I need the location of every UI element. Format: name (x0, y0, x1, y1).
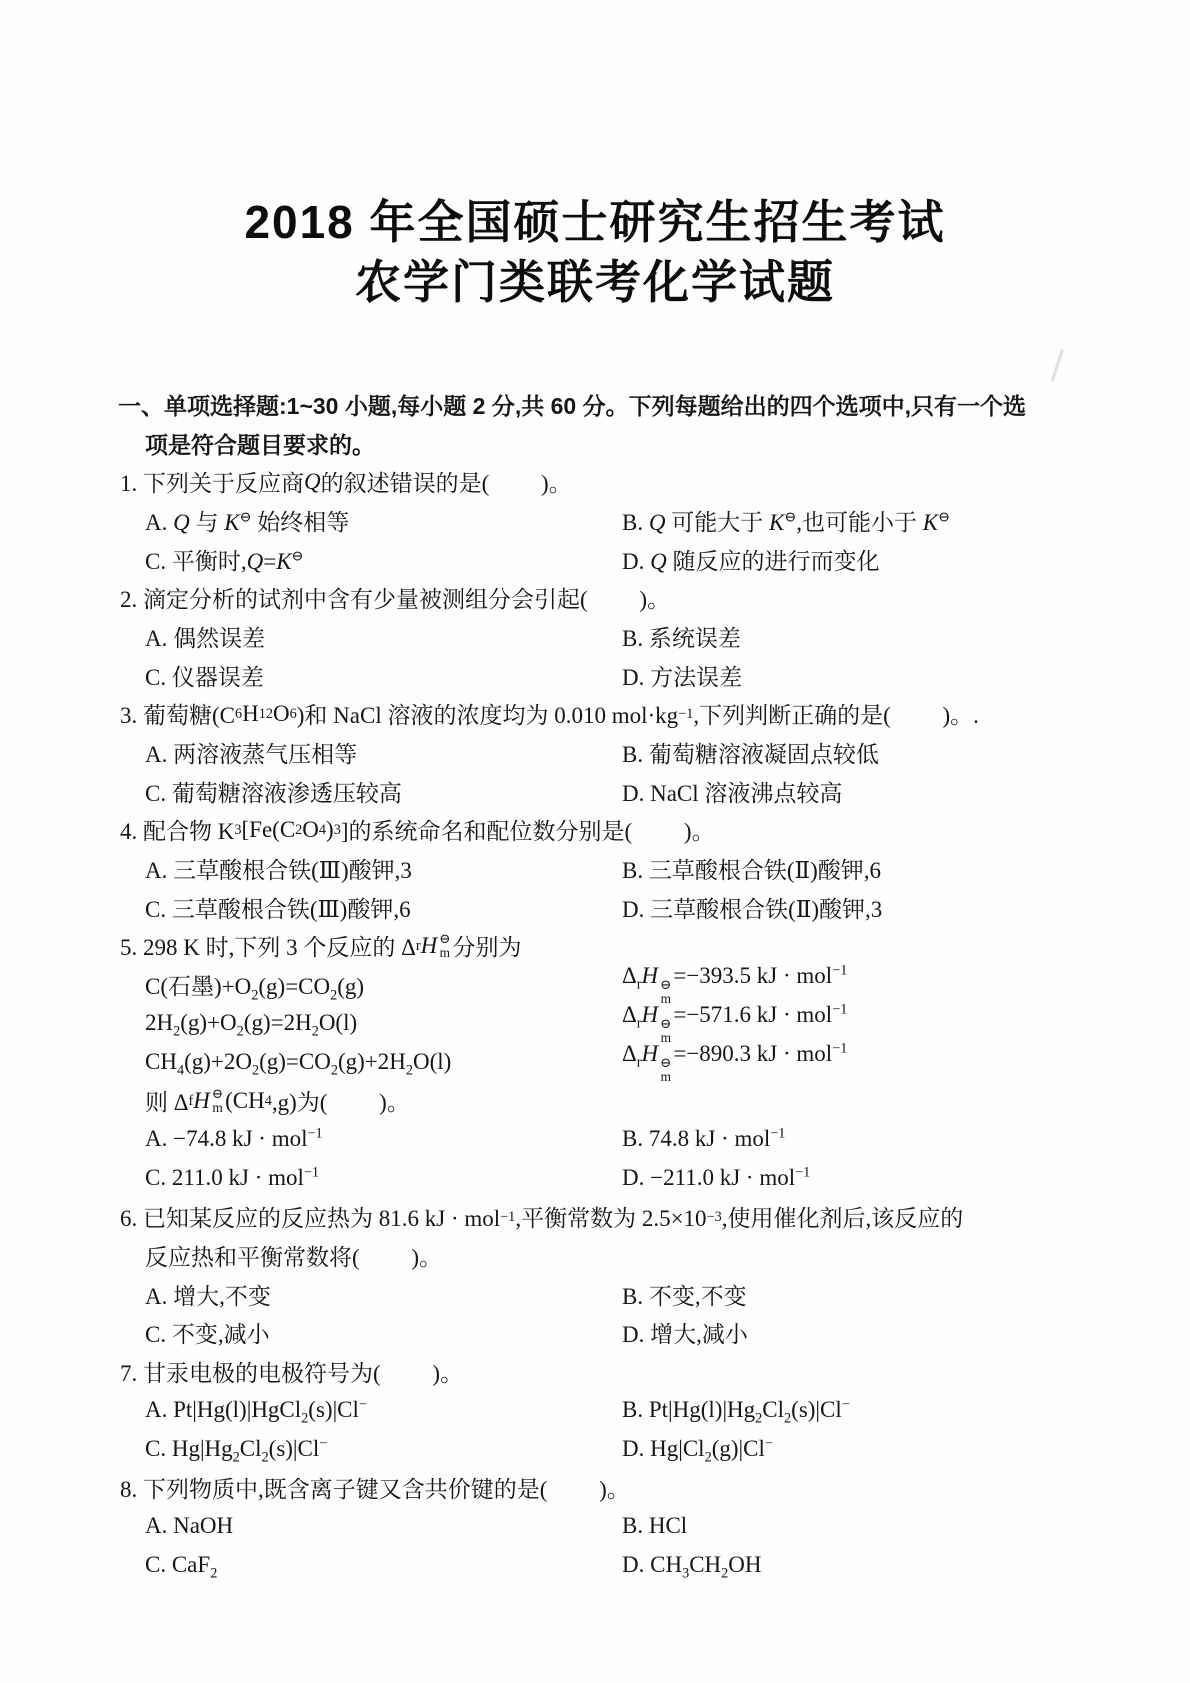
question-7-option-a: A. Pt|Hg(l)|HgCl2(s)|Cl− (145, 1397, 622, 1423)
question-3-option-c: C. 葡萄糖溶液渗透压较高 (145, 775, 622, 808)
question-5-equation-3-enthalpy: ΔrH⊖m=−890.3 kJ · mol−1 (622, 1041, 1190, 1084)
page-title-line2: 农学门类联考化学试题 (0, 252, 1190, 312)
question-5-option-d: D. −211.0 kJ · mol−1 (622, 1165, 1190, 1191)
question-7-option-d: D. Hg|Cl2(g)|Cl− (622, 1436, 1190, 1462)
question-8-stem: 8. 下列物质中,既含离子键又含共价键的是( )。 (0, 1468, 1190, 1507)
question-2-option-b: B. 系统误差 (622, 620, 1190, 653)
question-list: 一、单项选择题:1~30 小题,每小题 2 分,共 60 分。下列每题给出的四个… (0, 385, 1190, 1584)
question-2-option-c: C. 仪器误差 (145, 659, 622, 692)
question-5-option-c: C. 211.0 kJ · mol−1 (145, 1165, 622, 1191)
question-5-equation-3-reaction: CH4(g)+2O2(g)=CO2(g)+2H2O(l) (145, 1049, 622, 1075)
question-6-stem-line2: 反应热和平衡常数将( )。 (0, 1236, 1190, 1275)
question-3-option-d: D. NaCl 溶液沸点较高 (622, 775, 1190, 808)
question-7-stem: 7. 甘汞电极的电极符号为( )。 (0, 1352, 1190, 1391)
question-1-stem: 1. 下列关于反应商 Q 的叙述错误的是( )。 (0, 462, 1190, 501)
question-4-option-a: A. 三草酸根合铁(Ⅲ)酸钾,3 (145, 852, 622, 885)
question-7-option-b: B. Pt|Hg(l)|Hg2Cl2(s)|Cl− (622, 1397, 1190, 1423)
question-5-stem: 5. 298 K 时,下列 3 个反应的 ΔrH⊖m 分别为 (0, 927, 1190, 966)
question-4-stem: 4. 配合物 K3[Fe(C2O4)3]的系统命名和配位数分别是( )。 (0, 811, 1190, 850)
exam-page: 2018 年全国硕士研究生招生考试 农学门类联考化学试题 一、单项选择题:1~3… (0, 0, 1190, 1683)
scan-artifact-mark (1051, 348, 1064, 381)
question-5-equation-1-enthalpy: ΔrH⊖m=−393.5 kJ · mol−1 (622, 963, 1190, 1006)
question-3-option-a: A. 两溶液蒸气压相等 (145, 736, 622, 769)
question-4-option-b: B. 三草酸根合铁(Ⅱ)酸钾,6 (622, 852, 1190, 885)
question-5-equation-2-enthalpy: ΔrH⊖m=−571.6 kJ · mol−1 (622, 1002, 1190, 1045)
page-title-line1: 2018 年全国硕士研究生招生考试 (0, 192, 1190, 252)
page-title: 2018 年全国硕士研究生招生考试 农学门类联考化学试题 (0, 192, 1190, 312)
question-4-option-c: C. 三草酸根合铁(Ⅲ)酸钾,6 (145, 891, 622, 924)
question-8-option-d: D. CH3CH2OH (622, 1552, 1190, 1578)
question-3-options-cd: C. 葡萄糖溶液渗透压较高 D. NaCl 溶液沸点较高 (0, 772, 1190, 811)
question-3-option-b: B. 葡萄糖溶液凝固点较低 (622, 736, 1190, 769)
question-5-options-cd: C. 211.0 kJ · mol−1 D. −211.0 kJ · mol−1 (0, 1159, 1190, 1198)
question-8-options-ab: A. NaOH B. HCl (0, 1507, 1190, 1546)
question-3-options-ab: A. 两溶液蒸气压相等 B. 葡萄糖溶液凝固点较低 (0, 733, 1190, 772)
question-6-stem: 6. 已知某反应的反应热为 81.6 kJ · mol−1,平衡常数为 2.5×… (0, 1197, 1190, 1236)
question-8-options-cd: C. CaF2 D. CH3CH2OH (0, 1546, 1190, 1585)
question-6-options-cd: C. 不变,减小 D. 增大,减小 (0, 1314, 1190, 1353)
question-7-option-c: C. Hg|Hg2Cl2(s)|Cl− (145, 1436, 622, 1462)
question-4-options-ab: A. 三草酸根合铁(Ⅲ)酸钾,3 B. 三草酸根合铁(Ⅱ)酸钾,6 (0, 849, 1190, 888)
question-5-equation-3: CH4(g)+2O2(g)=CO2(g)+2H2O(l) ΔrH⊖m=−890.… (0, 1043, 1190, 1082)
question-4-options-cd: C. 三草酸根合铁(Ⅲ)酸钾,6 D. 三草酸根合铁(Ⅱ)酸钾,3 (0, 888, 1190, 927)
question-5-equation-1-reaction: C(石墨)+O2(g)=CO2(g) (145, 968, 622, 1001)
question-6-option-a: A. 增大,不变 (145, 1278, 622, 1311)
question-2-stem: 2. 滴定分析的试剂中含有少量被测组分会引起( )。 (0, 578, 1190, 617)
question-2-option-a: A. 偶然误差 (145, 620, 622, 653)
question-4-option-d: D. 三草酸根合铁(Ⅱ)酸钾,3 (622, 891, 1190, 924)
question-2-options-cd: C. 仪器误差 D. 方法误差 (0, 656, 1190, 695)
question-1-option-d: D. Q 随反应的进行而变化 (622, 543, 1190, 576)
question-1-option-a: A. Q 与 K⊖ 始终相等 (145, 504, 622, 537)
question-1-option-c: C. 平衡时,Q=K⊖ (145, 543, 622, 576)
section-header-line1: 一、单项选择题:1~30 小题,每小题 2 分,共 60 分。下列每题给出的四个… (0, 385, 1190, 424)
question-2-option-d: D. 方法误差 (622, 659, 1190, 692)
question-1-option-b: B. Q 可能大于 K⊖,也可能小于 K⊖ (622, 504, 1190, 537)
question-5-option-b: B. 74.8 kJ · mol−1 (622, 1126, 1190, 1152)
question-5-option-a: A. −74.8 kJ · mol−1 (145, 1126, 622, 1152)
question-3-stem: 3. 葡萄糖(C6H12O6)和 NaCl 溶液的浓度均为 0.010 mol·… (0, 695, 1190, 734)
question-5-options-ab: A. −74.8 kJ · mol−1 B. 74.8 kJ · mol−1 (0, 1120, 1190, 1159)
question-7-options-ab: A. Pt|Hg(l)|HgCl2(s)|Cl− B. Pt|Hg(l)|Hg2… (0, 1391, 1190, 1430)
question-8-option-c: C. CaF2 (145, 1552, 622, 1578)
question-5-equation-1: C(石墨)+O2(g)=CO2(g) ΔrH⊖m=−393.5 kJ · mol… (0, 965, 1190, 1004)
question-8-option-b: B. HCl (622, 1513, 1190, 1539)
question-1-options-ab: A. Q 与 K⊖ 始终相等 B. Q 可能大于 K⊖,也可能小于 K⊖ (0, 501, 1190, 540)
question-6-option-d: D. 增大,减小 (622, 1316, 1190, 1349)
question-7-options-cd: C. Hg|Hg2Cl2(s)|Cl− D. Hg|Cl2(g)|Cl− (0, 1430, 1190, 1469)
question-8-option-a: A. NaOH (145, 1513, 622, 1539)
section-header-line2: 项是符合题目要求的。 (0, 424, 1190, 463)
question-5-equation-2: 2H2(g)+O2(g)=2H2O(l) ΔrH⊖m=−571.6 kJ · m… (0, 1004, 1190, 1043)
question-1-options-cd: C. 平衡时,Q=K⊖ D. Q 随反应的进行而变化 (0, 540, 1190, 579)
question-2-options-ab: A. 偶然误差 B. 系统误差 (0, 617, 1190, 656)
question-6-options-ab: A. 增大,不变 B. 不变,不变 (0, 1275, 1190, 1314)
question-6-option-c: C. 不变,减小 (145, 1316, 622, 1349)
question-6-option-b: B. 不变,不变 (622, 1278, 1190, 1311)
question-5-equation-2-reaction: 2H2(g)+O2(g)=2H2O(l) (145, 1010, 622, 1036)
question-5-conclusion: 则 ΔfH⊖m(CH4,g)为( )。 (0, 1081, 1190, 1120)
